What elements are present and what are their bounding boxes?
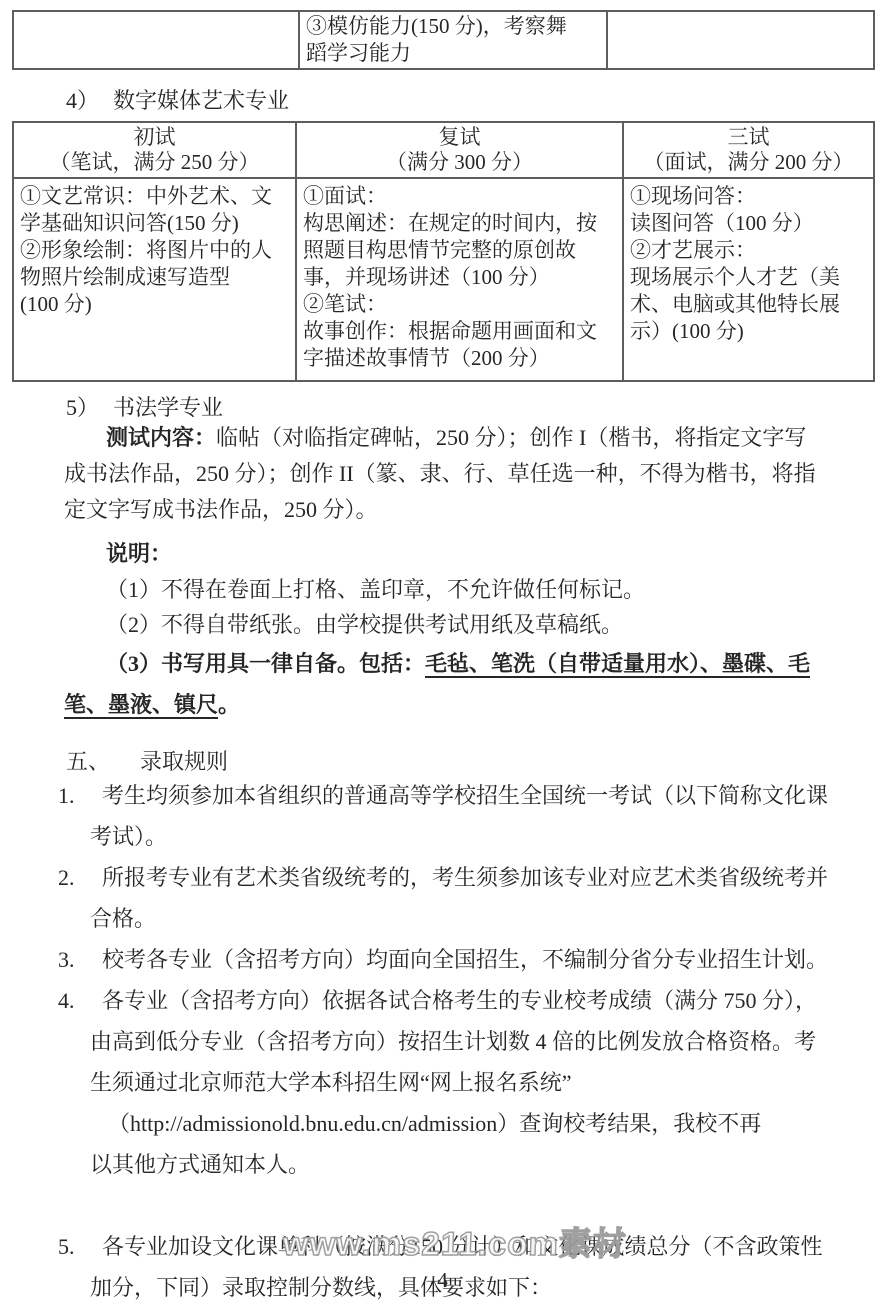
previous-table-fragment: ③模仿能力(150 分)，考察舞 蹈学习能力: [12, 10, 875, 70]
list-item: 4. 各专业（含招考方向）依据各试合格考生的专业校考成绩（满分 750 分）， …: [58, 980, 860, 1226]
list-item-number: 1.: [58, 775, 90, 857]
document-page: ③模仿能力(150 分)，考察舞 蹈学习能力 4）数字媒体艺术专业 初试 （笔试…: [0, 0, 885, 1308]
header-second-round: 复试 （满分 300 分）: [296, 122, 623, 178]
cell-second-round-content: ①面试： 构思阐述：在规定的时间内，按 照题目构思情节完整的原创故 事，并现场讲…: [296, 178, 623, 381]
admission-url-line: （http://admissionold.bnu.edu.cn/admissio…: [90, 1103, 860, 1185]
rule-qualification-text: 各专业（含招考方向）依据各试合格考生的专业校考成绩（满分 750 分）， 由高到…: [90, 988, 817, 1095]
list-item-number: 2.: [58, 857, 90, 939]
list-item-number: 5.: [58, 1226, 90, 1308]
list-item: 3. 校考各专业（含招考方向）均面向全国招生，不编制分省分专业招生计划。: [58, 939, 860, 980]
notes-label: 说明：: [106, 536, 172, 572]
note-3-prefix: （3）书写用具一律自备。包括：: [106, 651, 425, 676]
heading-calligraphy: 5）书法学专业: [66, 391, 223, 422]
header-first-round: 初试 （笔试，满分 250 分）: [13, 122, 296, 178]
heading-admission-rules: 五、录取规则: [66, 745, 228, 776]
fragment-cell-imitation-ability: ③模仿能力(150 分)，考察舞 蹈学习能力: [299, 11, 607, 69]
note-2: （2）不得自带纸张。由学校提供考试用纸及草稿纸。: [106, 607, 623, 643]
site-watermark: www.ms211.com素材: [282, 1218, 628, 1265]
heading-title: 数字媒体艺术专业: [113, 84, 289, 115]
header-third-round: 三试 （面试，满分 200 分）: [623, 122, 874, 178]
heading-number: 4）: [66, 84, 99, 115]
page-number: 4: [0, 1268, 885, 1293]
list-item-number: 3.: [58, 939, 90, 980]
cell-first-round-content: ①文艺常识：中外艺术、文 学基础知识问答(150 分) ②形象绘制：将图片中的人…: [13, 178, 296, 381]
heading-title: 书法学专业: [113, 391, 223, 422]
test-content-paragraph: 测试内容：临帖（对临指定碑帖，250 分）；创作 I（楷书，将指定文字写 成书法…: [64, 420, 854, 528]
list-item: 1. 考生均须参加本省组织的普通高等学校招生全国统一考试（以下简称文化课 考试）…: [58, 775, 860, 857]
table-header-row: 初试 （笔试，满分 250 分） 复试 （满分 300 分） 三试 （面试，满分…: [13, 122, 874, 178]
cell-third-round-content: ①现场问答： 读图问答（100 分） ②才艺展示： 现场展示个人才艺（美 术、电…: [623, 178, 874, 381]
table-body-row: ①文艺常识：中外艺术、文 学基础知识问答(150 分) ②形象绘制：将图片中的人…: [13, 178, 874, 381]
list-item: 2. 所报考专业有艺术类省级统考的，考生须参加该专业对应艺术类省级统考并 合格。: [58, 857, 860, 939]
rule-unified-exam: 考生均须参加本省组织的普通高等学校招生全国统一考试（以下简称文化课 考试）。: [90, 775, 860, 857]
fragment-cell-last: [607, 11, 874, 69]
rule-provincial-exam: 所报考专业有艺术类省级统考的，考生须参加该专业对应艺术类省级统考并 合格。: [90, 857, 860, 939]
digital-media-exam-table: 初试 （笔试，满分 250 分） 复试 （满分 300 分） 三试 （面试，满分…: [12, 121, 875, 382]
heading-number: 五、: [66, 745, 110, 776]
note-3-suffix: 。: [218, 692, 240, 717]
fragment-cell-first: [13, 11, 299, 69]
list-item-number: 4.: [58, 980, 90, 1226]
heading-digital-media-art: 4）数字媒体艺术专业: [66, 84, 289, 115]
rule-national-enrollment: 校考各专业（含招考方向）均面向全国招生，不编制分省分专业招生计划。: [90, 939, 860, 980]
table-row: ③模仿能力(150 分)，考察舞 蹈学习能力: [13, 11, 874, 69]
note-3: （3）书写用具一律自备。包括：毛毡、笔洗（自带适量用水）、墨碟、毛 笔、墨液、镇…: [64, 643, 854, 725]
heading-number: 5）: [66, 391, 99, 422]
note-1: （1）不得在卷面上打格、盖印章，不允许做任何标记。: [106, 572, 645, 608]
test-content-label: 测试内容：: [106, 425, 216, 450]
heading-title: 录取规则: [140, 745, 228, 776]
rule-qualification-ratio: 各专业（含招考方向）依据各试合格考生的专业校考成绩（满分 750 分）， 由高到…: [90, 980, 860, 1226]
